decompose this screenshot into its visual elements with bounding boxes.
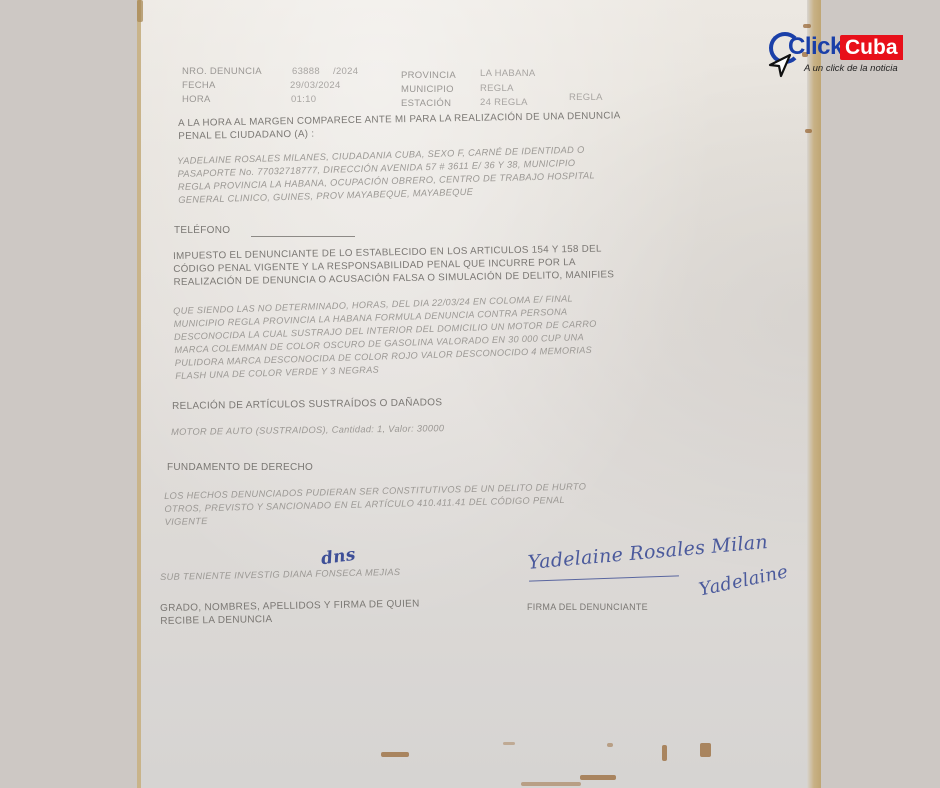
municipio-label: MUNICIPIO bbox=[401, 84, 454, 95]
complainant-signature-line2: Yadelaine bbox=[697, 561, 790, 600]
provincia-value: LA HABANA bbox=[480, 68, 536, 79]
telefono-label: TELÉFONO bbox=[174, 225, 230, 236]
officer-name: SUB TENIENTE INVESTIG DIANA FONSECA MEJI… bbox=[160, 567, 400, 582]
citizen-details: YADELAINE ROSALES MILANES, CIUDADANIA CU… bbox=[177, 143, 595, 207]
stolen-item: MOTOR DE AUTO (SUSTRAIDOS), Cantidad: 1,… bbox=[171, 423, 444, 437]
officer-caption: GRADO, NOMBRES, APELLIDOS Y FIRMA DE QUI… bbox=[160, 597, 420, 628]
telefono-line bbox=[251, 236, 355, 237]
nro-denuncia-label: NRO. DENUNCIA bbox=[182, 66, 262, 77]
signature-underline bbox=[529, 575, 679, 581]
estacion-value: 24 REGLA bbox=[480, 97, 528, 108]
logo-cuba-text: Cuba bbox=[840, 35, 903, 60]
logo-click-text: Click bbox=[788, 33, 843, 61]
complainant-signature: Yadelaine Rosales Milan bbox=[527, 531, 769, 574]
logo-tagline: A un click de la noticia bbox=[804, 63, 898, 74]
hora-value: 01:10 bbox=[291, 94, 316, 105]
cursor-arrow-icon bbox=[766, 52, 794, 80]
officer-initials-signature: dns bbox=[320, 545, 357, 570]
provincia-label: PROVINCIA bbox=[401, 70, 456, 81]
document-photo: NRO. DENUNCIA 63888 /2024 FECHA 29/03/20… bbox=[137, 0, 821, 788]
nro-denuncia-value: 63888 bbox=[292, 66, 320, 77]
complainant-caption: FIRMA DEL DENUNCIANTE bbox=[527, 602, 648, 612]
hora-label: HORA bbox=[182, 94, 211, 105]
clickcuba-logo: Click Cuba A un click de la noticia bbox=[766, 30, 916, 80]
fecha-label: FECHA bbox=[182, 80, 216, 91]
complaint-statement: QUE SIENDO LAS NO DETERMINADO, HORAS, DE… bbox=[173, 292, 598, 383]
complaint-form: NRO. DENUNCIA 63888 /2024 FECHA 29/03/20… bbox=[137, 0, 821, 788]
estacion-extra: REGLA bbox=[569, 92, 603, 103]
estacion-label: ESTACIÓN bbox=[401, 98, 451, 109]
municipio-value: REGLA bbox=[480, 83, 514, 94]
legal-heading: FUNDAMENTO DE DERECHO bbox=[167, 462, 313, 473]
fecha-value: 29/03/2024 bbox=[290, 80, 341, 91]
nro-denuncia-year: /2024 bbox=[333, 66, 358, 77]
intro-paragraph: A LA HORA AL MARGEN COMPARECE ANTE MI PA… bbox=[178, 109, 621, 143]
legal-warning: IMPUESTO EL DENUNCIANTE DE LO ESTABLECID… bbox=[173, 242, 614, 289]
legal-basis: LOS HECHOS DENUNCIADOS PUDIERAN SER CONS… bbox=[164, 480, 587, 529]
items-heading: RELACIÓN DE ARTÍCULOS SUSTRAÍDOS O DAÑAD… bbox=[172, 397, 442, 412]
